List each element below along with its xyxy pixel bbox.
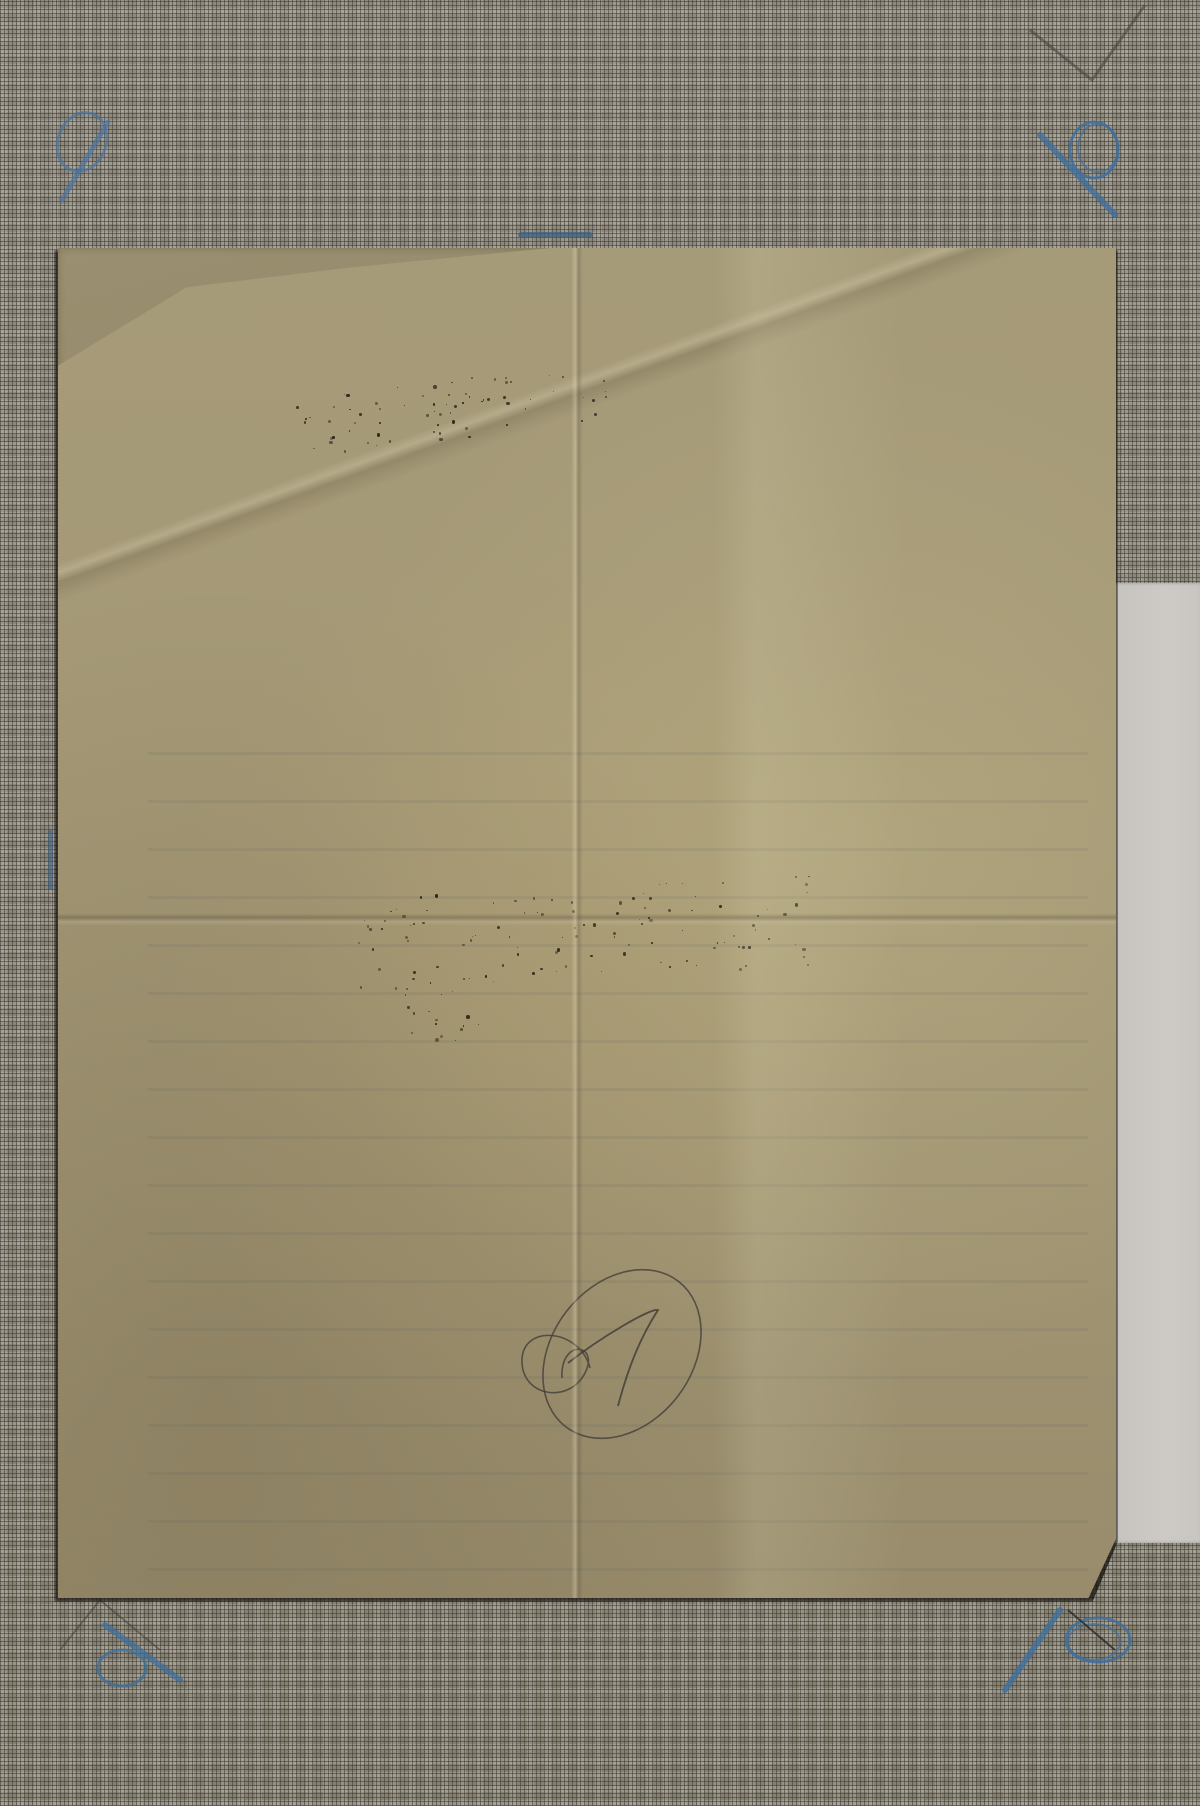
blue-registration-mark-top-right bbox=[1010, 0, 1140, 220]
document-page: 9 bbox=[58, 248, 1116, 1598]
blue-registration-tick-left bbox=[48, 830, 53, 890]
blue-registration-mark-bottom-right bbox=[1000, 1600, 1140, 1700]
blue-registration-mark-bottom-left bbox=[60, 1590, 180, 1700]
white-backing-sheet bbox=[1110, 583, 1200, 1543]
circled-page-number: 9 bbox=[510, 1268, 710, 1453]
blue-registration-tick-top bbox=[518, 232, 593, 238]
photo-board-background: 9 bbox=[0, 0, 1200, 1806]
blue-registration-mark-top-left bbox=[40, 100, 130, 210]
